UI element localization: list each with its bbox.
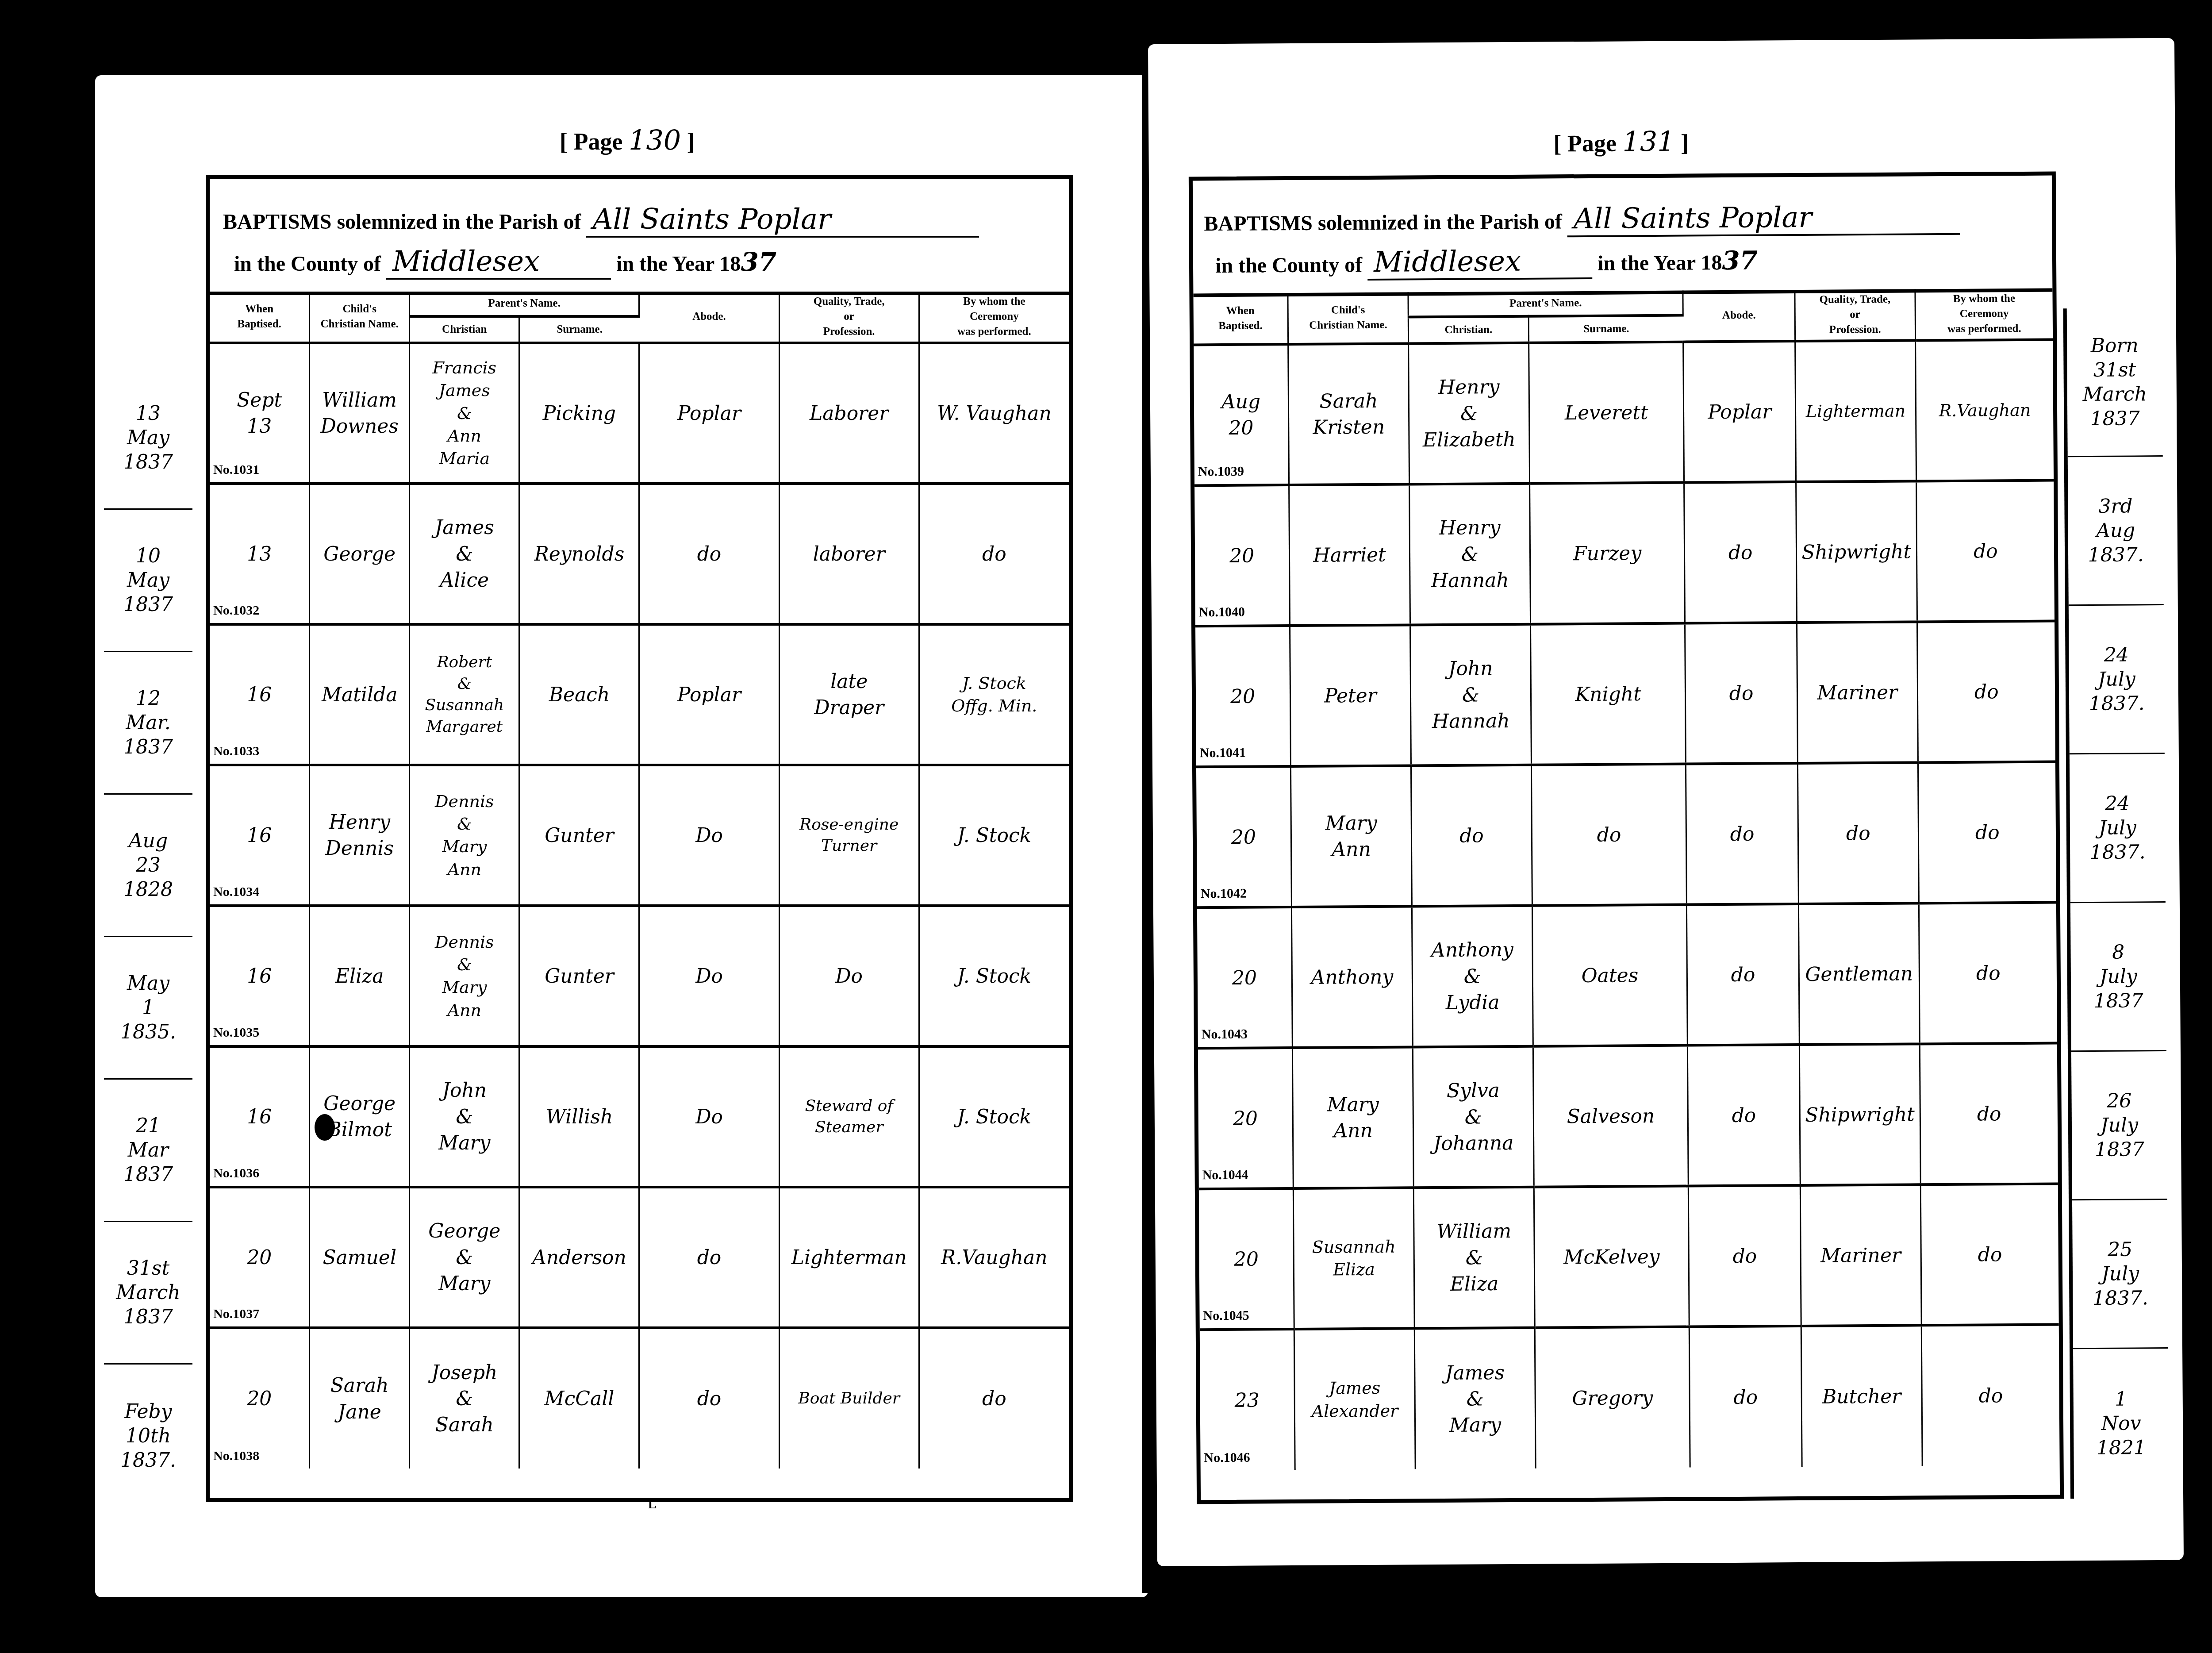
when-value: 20 bbox=[1234, 1248, 1259, 1270]
child-name: Matilda bbox=[310, 624, 410, 765]
parents-surname: Beach bbox=[519, 624, 639, 765]
entry-number: No.1040 bbox=[1199, 603, 1245, 621]
child-name: Sarah Jane bbox=[310, 1328, 410, 1468]
table-row: 13No.1032 George James & Alice Reynolds … bbox=[210, 484, 1069, 624]
entry-number: No.1034 bbox=[213, 883, 259, 901]
margin-date: May 1 1835. bbox=[104, 937, 192, 1080]
officiant: do bbox=[1920, 1184, 2059, 1326]
when-value: 20 bbox=[1233, 1107, 1258, 1130]
officiant: J. Stock bbox=[919, 906, 1069, 1046]
parish-name: All Saints Poplar bbox=[1567, 200, 1960, 237]
when-baptised: 13No.1032 bbox=[210, 484, 310, 624]
trade: Lighterman bbox=[1795, 341, 1916, 482]
county-year-line: in the County of Middlesex in the Year 1… bbox=[234, 245, 776, 280]
entry-number: No.1035 bbox=[213, 1024, 259, 1042]
margin-date: 12 Mar. 1837 bbox=[104, 652, 192, 795]
year-prefix: in the Year 18 bbox=[616, 252, 741, 276]
year-suffix: 37 bbox=[741, 247, 776, 277]
child-name: George bbox=[310, 484, 410, 624]
abode: Do bbox=[639, 906, 779, 1046]
trade: do bbox=[1797, 763, 1919, 904]
parents-christian: Henry & Elizabeth bbox=[1409, 343, 1530, 484]
parents-christian: do bbox=[1411, 765, 1532, 907]
page-bracket: ] bbox=[687, 128, 695, 155]
when-value: 20 bbox=[1232, 966, 1257, 989]
when-baptised: 20No.1042 bbox=[1196, 766, 1292, 907]
parents-surname: Knight bbox=[1530, 623, 1686, 765]
entry-number: No.1037 bbox=[213, 1305, 259, 1323]
col-when-baptised: When Baptised. bbox=[210, 292, 310, 343]
margin-date: 31st March 1837 bbox=[104, 1222, 192, 1365]
parents-christian: John & Hannah bbox=[1410, 624, 1532, 766]
right-baptism-table: When Baptised. Child's Christian Name. P… bbox=[1193, 288, 2059, 1471]
parents-christian: Robert & Susannah Margaret bbox=[410, 624, 519, 765]
footer-signature-mark: L bbox=[648, 1498, 657, 1512]
county-prefix: in the County of bbox=[1215, 253, 1362, 277]
year-prefix: in the Year 18 bbox=[1598, 251, 1722, 275]
col-parents-name: Parent's Name. bbox=[1408, 291, 1683, 317]
when-value: Aug 20 bbox=[1221, 390, 1261, 439]
parents-surname: do bbox=[1531, 764, 1686, 906]
right-baptism-register: BAPTISMS solemnized in the Parish of All… bbox=[1189, 171, 2064, 1504]
when-baptised: 20No.1037 bbox=[210, 1187, 310, 1328]
table-row: 16No.1036 George Bilmot John & Mary Will… bbox=[210, 1046, 1069, 1187]
child-name: William Downes bbox=[310, 343, 410, 484]
entry-number: No.1038 bbox=[213, 1447, 259, 1465]
when-baptised: 16No.1035 bbox=[210, 906, 310, 1046]
right-page-number: [ Page 131 ] bbox=[1553, 125, 1689, 158]
officiant: do bbox=[1921, 1325, 2060, 1466]
parents-christian: Sylva & Johanna bbox=[1413, 1046, 1534, 1188]
when-value: 13 bbox=[247, 543, 272, 565]
margin-date: 21 Mar 1837 bbox=[104, 1080, 192, 1222]
entry-number: No.1045 bbox=[1203, 1307, 1249, 1325]
when-baptised: 20No.1044 bbox=[1198, 1048, 1294, 1189]
table-row: 20No.1038 Sarah Jane Joseph & Sarah McCa… bbox=[210, 1328, 1069, 1468]
margin-date: Aug 23 1828 bbox=[104, 795, 192, 937]
margin-date: Born 31st March 1837 bbox=[2067, 308, 2163, 457]
trade: late Draper bbox=[779, 624, 919, 765]
entry-number: No.1041 bbox=[1200, 744, 1246, 762]
parents-christian: Dennis & Mary Ann bbox=[410, 765, 519, 906]
page-bracket: ] bbox=[1681, 130, 1689, 156]
when-value: 20 bbox=[247, 1388, 272, 1410]
child-name: Eliza bbox=[310, 906, 410, 1046]
officiant: do bbox=[919, 1328, 1069, 1468]
child-name: Henry Dennis bbox=[310, 765, 410, 906]
entry-number: No.1044 bbox=[1202, 1166, 1248, 1184]
when-value: 16 bbox=[247, 824, 272, 847]
left-page-number: [ Page 130 ] bbox=[560, 124, 695, 156]
entry-number: No.1033 bbox=[213, 742, 259, 761]
officiant: do bbox=[1919, 903, 2057, 1044]
abode: Do bbox=[639, 1046, 779, 1187]
parents-surname: Oates bbox=[1532, 905, 1687, 1046]
right-margin-birth-dates: Born 31st March 1837 3rd Aug 1837. 24 Ju… bbox=[2063, 308, 2169, 1499]
officiant: R.Vaughan bbox=[919, 1187, 1069, 1328]
officiant: do bbox=[919, 484, 1069, 624]
col-abode: Abode. bbox=[639, 292, 779, 343]
parents-christian: John & Mary bbox=[410, 1046, 519, 1187]
margin-date: 13 May 1837 bbox=[104, 367, 192, 510]
child-name: Samuel bbox=[310, 1187, 410, 1328]
entry-number: No.1031 bbox=[213, 461, 259, 479]
when-baptised: 16No.1036 bbox=[210, 1046, 310, 1187]
when-baptised: 20No.1045 bbox=[1199, 1188, 1294, 1330]
col-officiant: By whom the Ceremony was performed. bbox=[1915, 288, 2053, 341]
col-abode: Abode. bbox=[1683, 290, 1795, 342]
trade: Rose-engine Turner bbox=[779, 765, 919, 906]
when-value: 20 bbox=[1229, 544, 1254, 567]
child-name: Harriet bbox=[1289, 484, 1410, 626]
child-name: George Bilmot bbox=[310, 1046, 410, 1187]
when-value: 20 bbox=[1231, 826, 1256, 848]
page-number-value: 130 bbox=[629, 124, 681, 156]
county-year-line: in the County of Middlesex in the Year 1… bbox=[1215, 244, 1758, 281]
table-row: Aug 20No.1039 Sarah Kristen Henry & Eliz… bbox=[1194, 340, 2054, 486]
entry-number: No.1046 bbox=[1204, 1449, 1250, 1467]
col-parents-christian: Christian. bbox=[1408, 316, 1528, 344]
left-baptism-register: BAPTISMS solemnized in the Parish of All… bbox=[206, 175, 1073, 1502]
left-register-page: [ Page 130 ] 13 May 1837 10 May 1837 12 … bbox=[95, 75, 1148, 1597]
when-baptised: 20No.1041 bbox=[1195, 626, 1291, 767]
col-child-name: Child's Christian Name. bbox=[310, 292, 410, 343]
parents-surname: Gunter bbox=[519, 765, 639, 906]
child-name: Mary Ann bbox=[1291, 766, 1412, 907]
officiant: do bbox=[1917, 621, 2055, 763]
table-row: 20No.1037 Samuel George & Mary Anderson … bbox=[210, 1187, 1069, 1328]
year-suffix: 37 bbox=[1722, 246, 1758, 276]
officiant: do bbox=[1916, 481, 2055, 622]
abode: do bbox=[639, 484, 779, 624]
officiant: J. Stock bbox=[919, 1046, 1069, 1187]
trade: Butcher bbox=[1801, 1326, 1922, 1467]
entry-number: No.1043 bbox=[1202, 1025, 1248, 1043]
when-value: 20 bbox=[247, 1246, 272, 1269]
trade: laborer bbox=[779, 484, 919, 624]
col-when-baptised: When Baptised. bbox=[1193, 293, 1288, 345]
col-parents-christian: Christian bbox=[410, 316, 519, 343]
parents-christian: Francis James & Ann Maria bbox=[410, 343, 519, 484]
entry-number: No.1036 bbox=[213, 1165, 259, 1183]
parents-christian: Joseph & Sarah bbox=[410, 1328, 519, 1468]
table-row: 20No.1041 Peter John & Hannah Knight do … bbox=[1195, 621, 2055, 767]
trade: Gentleman bbox=[1798, 903, 1920, 1045]
county-prefix: in the County of bbox=[234, 252, 381, 276]
margin-date: 24 July 1837. bbox=[2069, 605, 2165, 754]
margin-date: 25 July 1837. bbox=[2072, 1200, 2168, 1349]
book-gutter bbox=[1142, 71, 1148, 1593]
page-label: [ Page bbox=[1553, 130, 1617, 157]
when-baptised: 23No.1046 bbox=[1200, 1329, 1295, 1470]
table-row: 23No.1046 James Alexander James & Mary G… bbox=[1200, 1325, 2060, 1471]
parents-surname: McCall bbox=[519, 1328, 639, 1468]
register-heading: BAPTISMS solemnized in the Parish of All… bbox=[1193, 176, 2053, 297]
child-name: Sarah Kristen bbox=[1288, 344, 1409, 485]
title-prefix: BAPTISMS solemnized in the Parish of bbox=[223, 210, 581, 234]
parents-surname: Salveson bbox=[1533, 1046, 1688, 1187]
when-baptised: 16No.1033 bbox=[210, 624, 310, 765]
parents-surname: Gunter bbox=[519, 906, 639, 1046]
table-row: 20No.1045 Susannah Eliza William & Eliza… bbox=[1199, 1184, 2059, 1330]
trade: Shipwright bbox=[1796, 481, 1917, 623]
margin-date: 10 May 1837 bbox=[104, 510, 192, 652]
margin-date: 24 July 1837. bbox=[2070, 754, 2166, 903]
child-name: Mary Ann bbox=[1292, 1047, 1413, 1189]
parents-christian: George & Mary bbox=[410, 1187, 519, 1328]
parents-christian: William & Eliza bbox=[1413, 1187, 1535, 1329]
child-name: Peter bbox=[1290, 625, 1411, 767]
when-baptised: Sept 13No.1031 bbox=[210, 343, 310, 484]
col-parents-name: Parent's Name. bbox=[410, 292, 639, 316]
page-number-value: 131 bbox=[1622, 125, 1675, 158]
when-baptised: 16No.1034 bbox=[210, 765, 310, 906]
abode: do bbox=[1685, 623, 1797, 764]
trade: Steward of Steamer bbox=[779, 1046, 919, 1187]
when-value: Sept 13 bbox=[237, 389, 282, 438]
when-value: 23 bbox=[1235, 1389, 1260, 1412]
abode: do bbox=[1687, 904, 1799, 1046]
margin-date: 26 July 1837 bbox=[2071, 1051, 2167, 1200]
trade: Laborer bbox=[779, 343, 919, 484]
col-child-name: Child's Christian Name. bbox=[1288, 292, 1409, 344]
col-parents-surname: Surname. bbox=[1528, 315, 1683, 343]
col-parents-surname: Surname. bbox=[519, 316, 639, 343]
margin-date: Feby 10th 1837. bbox=[104, 1365, 192, 1507]
parish-line: BAPTISMS solemnized in the Parish of All… bbox=[223, 203, 979, 238]
parents-christian: James & Alice bbox=[410, 484, 519, 624]
margin-date: 3rd Aug 1837. bbox=[2068, 457, 2164, 606]
parish-line: BAPTISMS solemnized in the Parish of All… bbox=[1204, 200, 1960, 239]
entry-number: No.1032 bbox=[213, 602, 259, 620]
child-name: Susannah Eliza bbox=[1293, 1188, 1414, 1330]
abode: do bbox=[1690, 1326, 1802, 1468]
table-row: 20No.1043 Anthony Anthony & Lydia Oates … bbox=[1197, 903, 2057, 1049]
trade: Shipwright bbox=[1799, 1044, 1920, 1186]
register-heading: BAPTISMS solemnized in the Parish of All… bbox=[210, 179, 1069, 295]
entry-number: No.1039 bbox=[1198, 462, 1244, 481]
parents-christian: Anthony & Lydia bbox=[1412, 906, 1533, 1047]
table-row: 20No.1042 Mary Ann do do do do do bbox=[1196, 762, 2056, 908]
trade: Do bbox=[779, 906, 919, 1046]
table-row: 16No.1035 Eliza Dennis & Mary Ann Gunter… bbox=[210, 906, 1069, 1046]
abode: do bbox=[1686, 763, 1798, 905]
parents-christian: Henry & Hannah bbox=[1409, 484, 1531, 625]
right-register-page: [ Page 131 ] BAPTISMS solemnized in the … bbox=[1148, 38, 2184, 1566]
officiant: R.Vaughan bbox=[1915, 340, 2054, 481]
abode: Poplar bbox=[639, 624, 779, 765]
child-name: James Alexander bbox=[1294, 1329, 1415, 1470]
table-row: 16No.1033 Matilda Robert & Susannah Marg… bbox=[210, 624, 1069, 765]
table-row: 20No.1040 Harriet Henry & Hannah Furzey … bbox=[1194, 481, 2055, 627]
officiant: J. Stock bbox=[919, 765, 1069, 906]
parents-christian: Dennis & Mary Ann bbox=[410, 906, 519, 1046]
trade: Mariner bbox=[1800, 1185, 1921, 1326]
abode: do bbox=[1688, 1045, 1800, 1186]
officiant: do bbox=[1920, 1043, 2058, 1185]
page-label: [ Page bbox=[560, 128, 622, 155]
table-row: 20No.1044 Mary Ann Sylva & Johanna Salve… bbox=[1198, 1043, 2058, 1189]
parents-surname: Willish bbox=[519, 1046, 639, 1187]
when-value: 16 bbox=[247, 1106, 272, 1128]
parents-christian: James & Mary bbox=[1414, 1328, 1536, 1469]
abode: do bbox=[1689, 1185, 1801, 1327]
col-trade: Quality, Trade, or Profession. bbox=[779, 292, 919, 343]
trade: Lighterman bbox=[779, 1187, 919, 1328]
left-baptism-table: When Baptised. Child's Christian Name. P… bbox=[210, 292, 1069, 1468]
trade: Mariner bbox=[1797, 622, 1918, 764]
parents-surname: Gregory bbox=[1535, 1327, 1690, 1468]
parents-surname: Reynolds bbox=[519, 484, 639, 624]
abode: Poplar bbox=[639, 343, 779, 484]
when-value: 20 bbox=[1230, 685, 1255, 707]
abode: do bbox=[639, 1328, 779, 1468]
child-name: Anthony bbox=[1292, 907, 1413, 1048]
parents-surname: Picking bbox=[519, 343, 639, 484]
abode: Poplar bbox=[1683, 341, 1796, 483]
when-value: 16 bbox=[247, 684, 272, 706]
county-name: Middlesex bbox=[386, 245, 611, 280]
officiant: do bbox=[1918, 762, 2056, 903]
when-baptised: 20No.1038 bbox=[210, 1328, 310, 1468]
parents-surname: Anderson bbox=[519, 1187, 639, 1328]
parish-name: All Saints Poplar bbox=[586, 203, 979, 238]
parents-surname: McKelvey bbox=[1534, 1186, 1689, 1328]
when-baptised: 20No.1040 bbox=[1194, 485, 1290, 626]
when-baptised: Aug 20No.1039 bbox=[1194, 344, 1289, 485]
abode: do bbox=[1684, 482, 1797, 623]
left-margin-birth-dates: 13 May 1837 10 May 1837 12 Mar. 1837 Aug… bbox=[104, 367, 192, 1509]
trade: Boat Builder bbox=[779, 1328, 919, 1468]
table-row: Sept 13No.1031 William Downes Francis Ja… bbox=[210, 343, 1069, 484]
col-trade: Quality, Trade, or Profession. bbox=[1795, 289, 1916, 341]
when-baptised: 20No.1043 bbox=[1197, 907, 1293, 1048]
child-name-value: George Bilmot bbox=[323, 1092, 396, 1141]
table-row: 16No.1034 Henry Dennis Dennis & Mary Ann… bbox=[210, 765, 1069, 906]
officiant: W. Vaughan bbox=[919, 343, 1069, 484]
abode: Do bbox=[639, 765, 779, 906]
margin-date: 8 July 1837 bbox=[2070, 903, 2166, 1052]
title-prefix: BAPTISMS solemnized in the Parish of bbox=[1204, 210, 1562, 235]
margin-date: 1 Nov 1821 bbox=[2073, 1349, 2169, 1498]
abode: do bbox=[639, 1187, 779, 1328]
county-name: Middlesex bbox=[1367, 245, 1592, 281]
col-officiant: By whom the Ceremony was performed. bbox=[919, 292, 1069, 343]
parents-surname: Leverett bbox=[1528, 342, 1684, 484]
parents-surname: Furzey bbox=[1529, 483, 1685, 624]
when-value: 16 bbox=[247, 965, 272, 988]
officiant: J. Stock Offg. Min. bbox=[919, 624, 1069, 765]
entry-number: No.1042 bbox=[1201, 884, 1247, 903]
